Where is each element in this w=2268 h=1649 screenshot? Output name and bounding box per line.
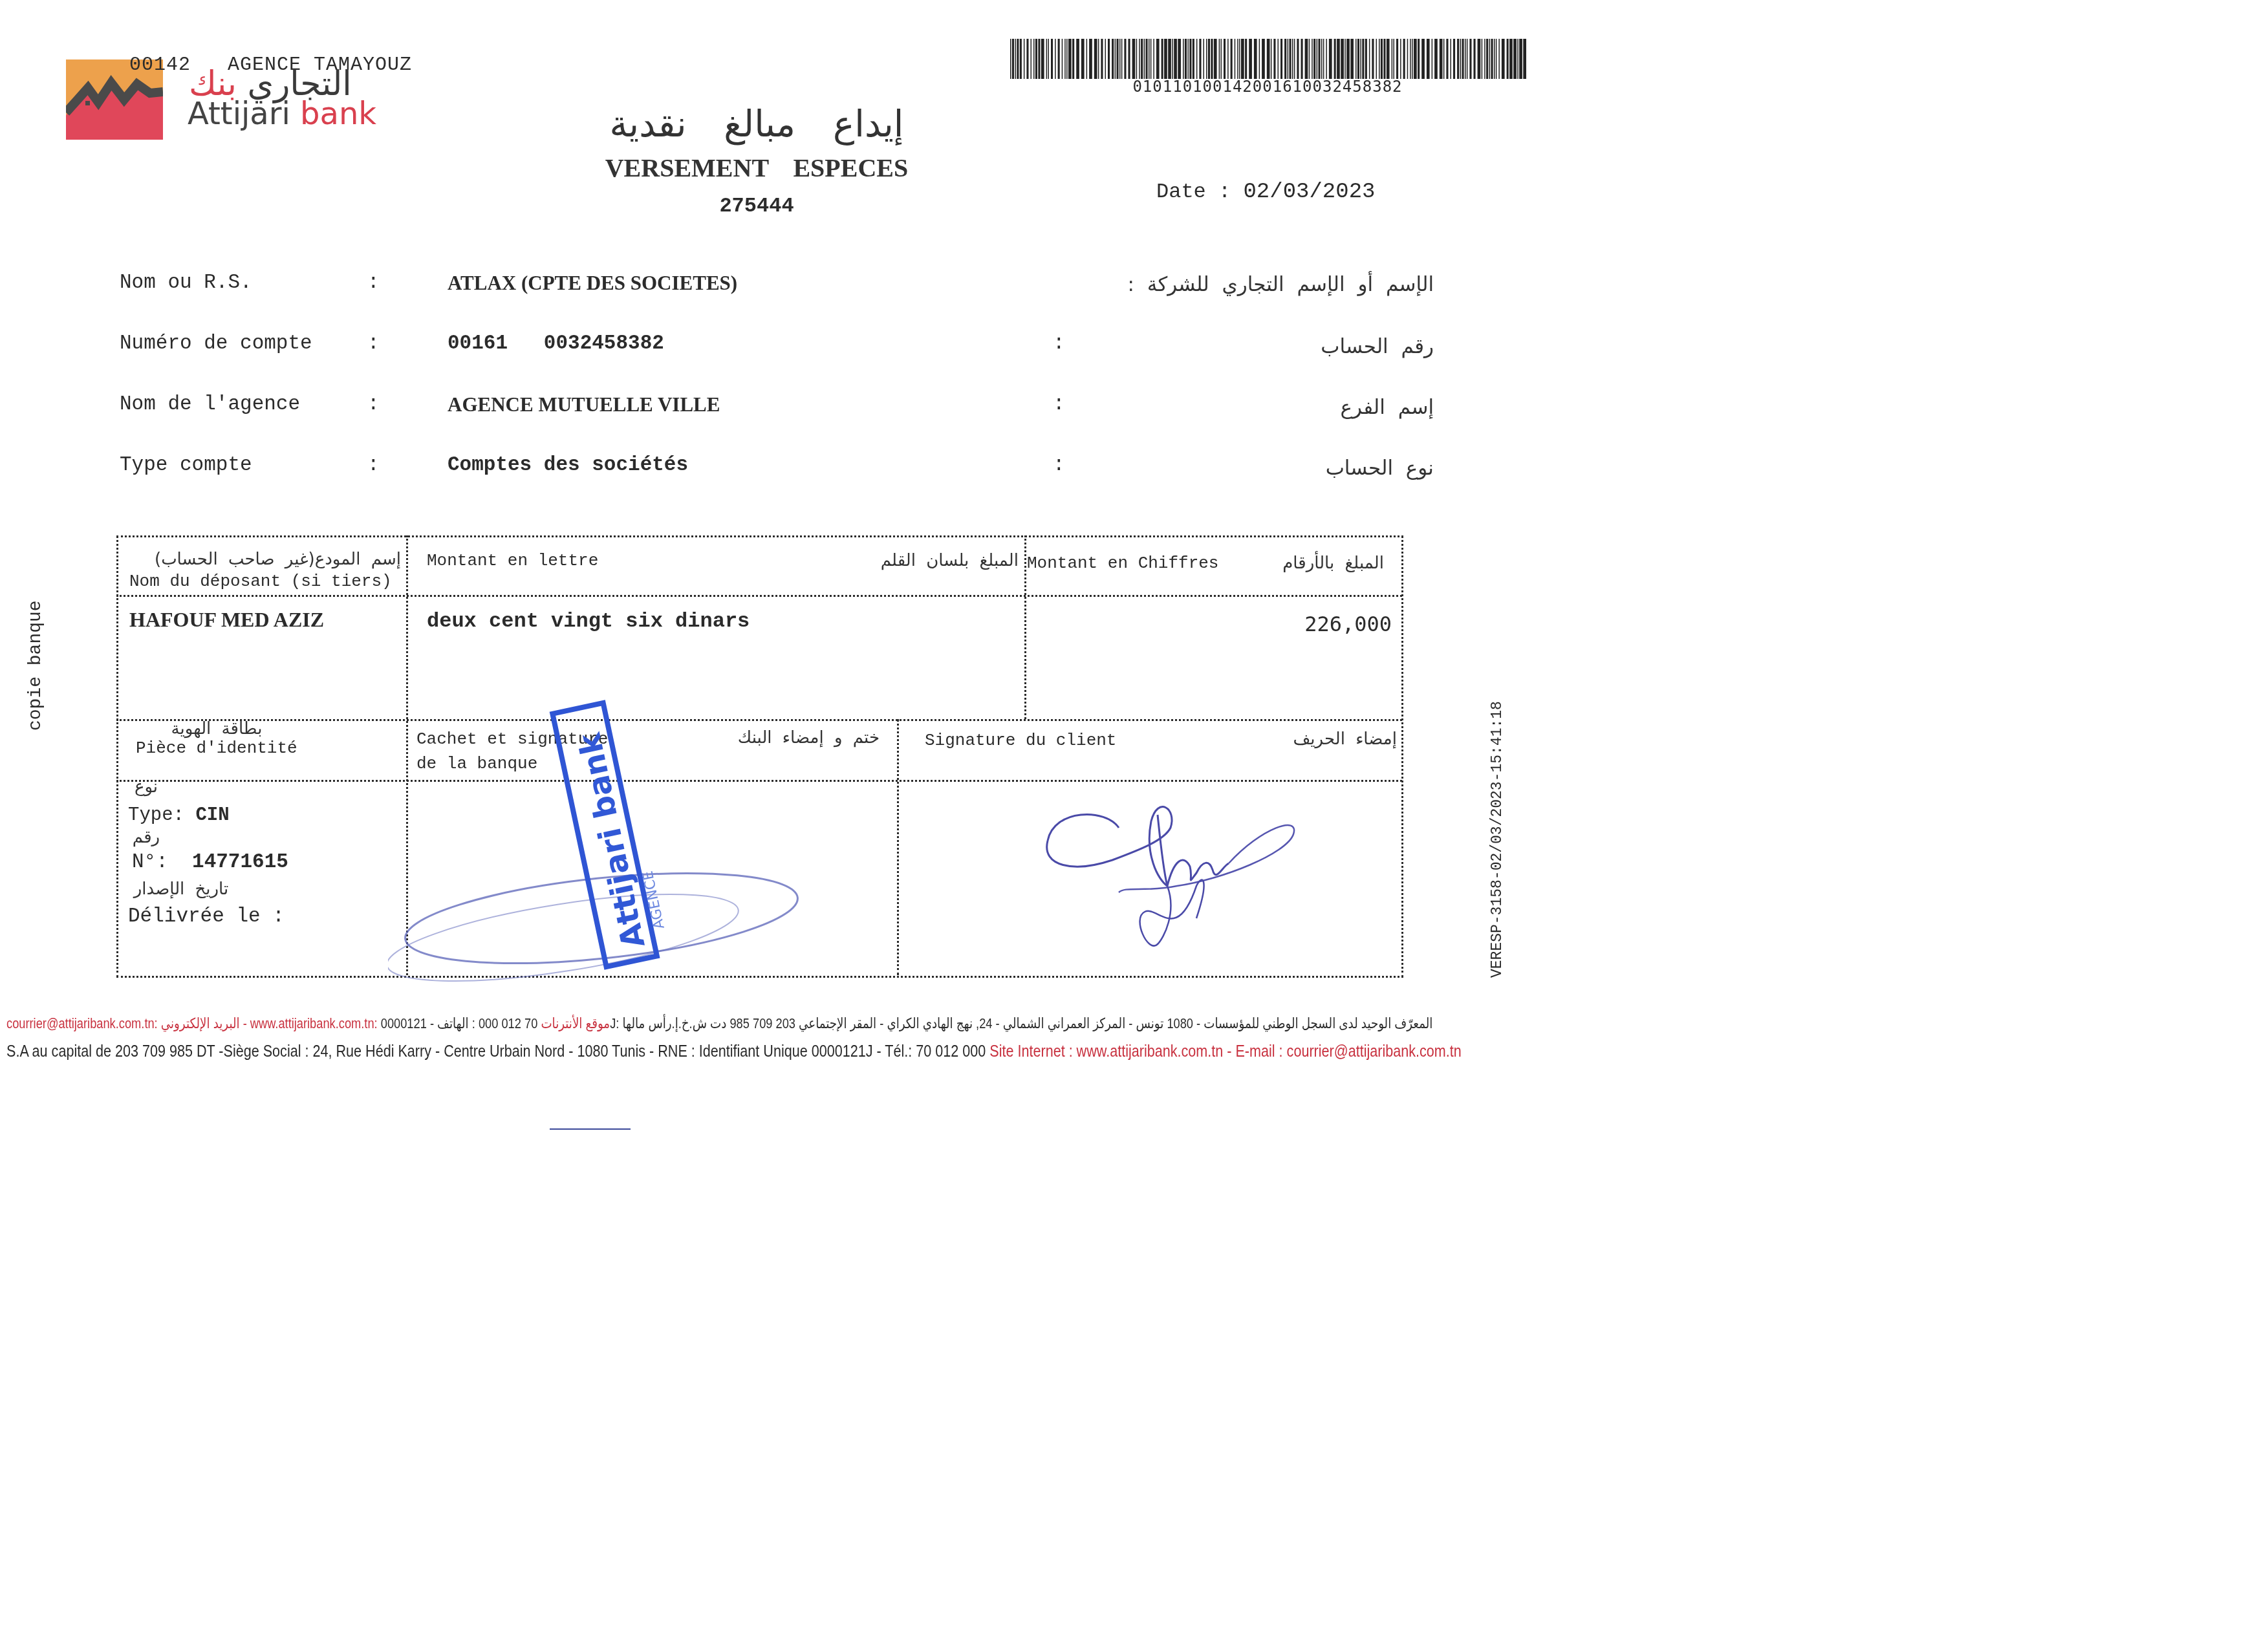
copy-label: copie banque	[26, 600, 46, 731]
depositor-header-ar: إسم المودع(غير صاحب الحساب)	[123, 550, 401, 569]
amount-words-header-fr: Montant en lettre	[427, 551, 598, 570]
client-signature	[1028, 789, 1313, 970]
table-divider	[1024, 535, 1026, 719]
amount-in-figures: 226,000	[1229, 612, 1392, 636]
date-value: 02/03/2023	[1243, 180, 1375, 204]
title-french: VERSEMENT ESPECES	[569, 153, 944, 183]
value-name: ATLAX (CPTE DES SOCIETES)	[448, 272, 737, 295]
table-divider	[897, 719, 899, 975]
colon: :	[367, 272, 380, 294]
colon: :	[1053, 332, 1065, 355]
amount-words-header-ar: المبلغ بلسان القلم	[776, 551, 1019, 570]
colon: :	[1053, 454, 1065, 477]
date-label: Date :	[1156, 180, 1231, 204]
amount-in-words: deux cent vingt six dinars	[427, 609, 750, 633]
date-field: Date : 02/03/2023	[1156, 180, 1375, 204]
label-account-type: Type compte	[120, 454, 252, 477]
bank-stamp: Attijari bank AGENCE	[388, 685, 880, 989]
id-issue-label-ar: تاريخ الإصدار	[116, 879, 246, 899]
value-branch-name: AGENCE MUTUELLE VILLE	[448, 393, 720, 416]
title-arabic: إيداع مبالغ نقدية	[530, 103, 983, 145]
footer-line-french: S.A au capital de 203 709 985 DT -Siège …	[6, 1041, 1462, 1061]
stamp-text: Attijari bank	[571, 729, 652, 951]
colon: :	[367, 332, 380, 355]
label-branch-name: Nom de l'agence	[120, 393, 300, 416]
depositor-header-fr: Nom du déposant (si tiers)	[129, 572, 392, 591]
id-number-label: N°:	[132, 851, 168, 874]
barcode	[1010, 39, 1528, 79]
id-header-ar: بطاقة الهوية	[123, 719, 310, 738]
footer-email-ar[interactable]: courrier@attijaribank.com.tn: البريد الإ…	[6, 1015, 240, 1031]
footer-contact-links[interactable]: Site Internet : www.attijaribank.com.tn …	[989, 1041, 1462, 1061]
amount-figures-value: 226,000	[1304, 612, 1392, 636]
id-number-label-ar: رقم	[120, 828, 172, 847]
agency-code: 00142	[129, 54, 191, 76]
id-type-label: Type:	[128, 804, 184, 826]
id-type-label-ar: نوع	[120, 777, 172, 797]
brand-latin-main: Attijari	[188, 96, 290, 132]
footer-company-info: S.A au capital de 203 709 985 DT -Siège …	[6, 1041, 989, 1061]
arabic-label-account-number: رقم الحساب	[1321, 335, 1434, 358]
id-number-value: 14771615	[192, 851, 288, 874]
amount-figures-header-ar: المبلغ بالأرقام	[1229, 554, 1384, 573]
id-issue-label: Délivrée le :	[128, 905, 285, 928]
value-account-type: Comptes des sociétés	[448, 454, 688, 477]
brand-latin-accent: bank	[300, 96, 376, 132]
amount-figures-header-fr: Montant en Chiffres	[1027, 554, 1218, 573]
value-account-number: 00161 0032458382	[448, 332, 664, 355]
label-account-number: Numéro de compte	[120, 332, 312, 355]
id-type-value: CIN	[195, 804, 229, 826]
footer-line-arabic: courrier@attijaribank.com.tn: البريد الإ…	[6, 1015, 1432, 1032]
depositor-name: HAFOUF MED AZIZ	[129, 608, 324, 632]
arabic-label-branch-name: إسم الفرع	[1341, 396, 1434, 419]
barcode-number: 010110100142001610032458382	[1086, 78, 1449, 96]
id-header-fr: Pièce d'identité	[136, 738, 297, 758]
reference-label: VERESP-3158-02/03/2023-15:41:18	[1489, 701, 1506, 978]
colon: :	[367, 454, 380, 477]
colon: :	[367, 393, 380, 416]
client-signature-header-ar: إمضاء الحريف	[1203, 729, 1397, 749]
label-name: Nom ou R.S.	[120, 272, 252, 294]
id-number: N°: 14771615	[132, 851, 288, 874]
client-signature-header-fr: Signature du client	[925, 731, 1116, 750]
colon: :	[1053, 393, 1065, 416]
arabic-label-name: الإسم أو الإسم التجاري للشركة :	[1128, 273, 1434, 296]
table-divider	[116, 595, 1402, 597]
brand-latin: Attijari bank	[188, 96, 376, 132]
pen-mark	[550, 1128, 631, 1130]
arabic-label-account-type: نوع الحساب	[1326, 457, 1434, 480]
id-type: Type: CIN	[128, 804, 230, 826]
receipt-number: 275444	[647, 194, 867, 218]
